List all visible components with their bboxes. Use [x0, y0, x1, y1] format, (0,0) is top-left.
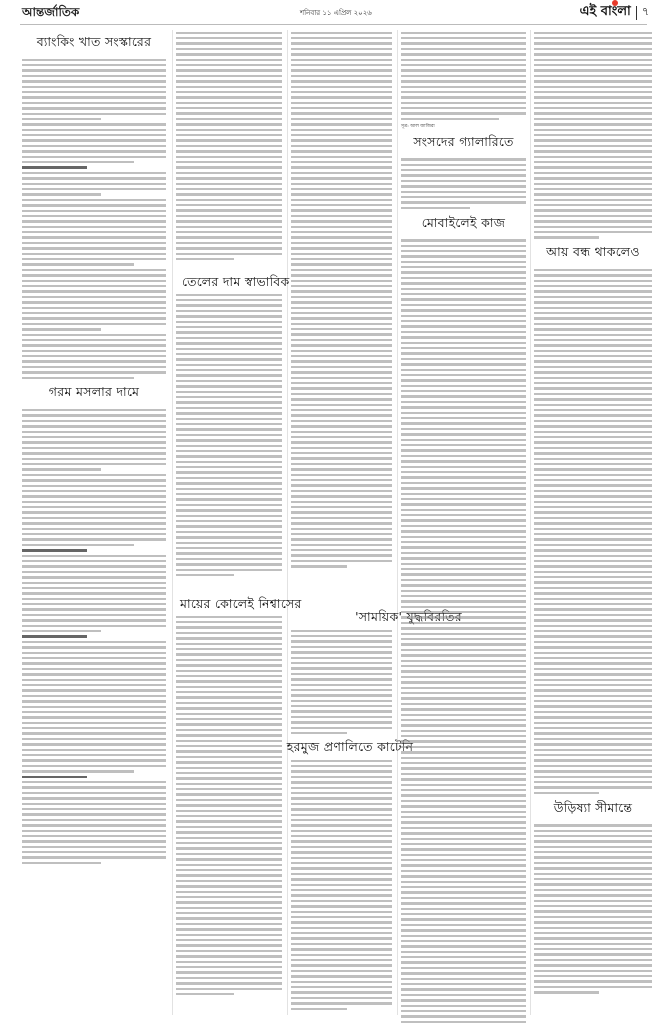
issue-date: শনিবার ১১ এপ্রিল ২০২৬ — [300, 7, 372, 19]
column-5: আয় বন্ধ থাকলেও উড়িষ্যা সীমান্তে — [534, 30, 652, 995]
headline-odisha: উড়িষ্যা সীমান্তে — [534, 800, 652, 820]
brand: এই বাংলা ৭ — [580, 2, 649, 23]
hormuz-body — [291, 758, 392, 1011]
sun-dot-icon — [612, 0, 618, 6]
headline-banking: ব্যাংকিং খাত সংস্কারের — [22, 34, 166, 54]
column-4: সূত্র: আল জাজিরা সংসদের গ্যালারিতে মোবাই… — [401, 30, 526, 1024]
article-body-ceasefire — [291, 628, 392, 736]
article-body-col3-top — [291, 30, 392, 569]
top-rule — [20, 24, 647, 25]
column-divider — [172, 30, 173, 1015]
article-body-odisha — [534, 823, 652, 996]
masthead: আন্তর্জাতিক শনিবার ১১ এপ্রিল ২০২৬ এই বাং… — [0, 0, 667, 22]
article-body-mobile — [401, 238, 526, 1024]
page-number: ৭ — [642, 3, 649, 22]
article-body-spice — [22, 407, 166, 865]
headline-mobile: মোবাইলেই কাজ — [401, 215, 526, 235]
ceasefire-body — [291, 628, 392, 736]
article-body-parliament — [401, 157, 526, 211]
headline-income: আয় বন্ধ থাকলেও — [534, 244, 652, 264]
brand-logo: এই বাংলা — [580, 2, 631, 23]
source-credit: সূত্র: আল জাজিরা — [401, 123, 526, 130]
article-body-banking-cont — [176, 30, 282, 262]
article-body-mother — [176, 614, 282, 997]
brand-name: এই বাংলা — [580, 4, 631, 19]
column-divider — [397, 30, 398, 1015]
headline-parliament: সংসদের গ্যালারিতে — [401, 134, 526, 154]
column-3 — [291, 30, 392, 569]
article-body-banking — [22, 57, 166, 380]
brand-separator — [636, 6, 637, 20]
column-divider — [530, 30, 531, 1015]
section-name: আন্তর্জাতিক — [22, 4, 79, 24]
article-body-col4-top — [401, 30, 526, 122]
article-body-hormuz — [291, 758, 392, 1011]
column-2 — [176, 30, 282, 262]
column-1: ব্যাংকিং খাত সংস্কারের গরম মসলার দামে — [22, 30, 166, 866]
column-2-lower — [176, 292, 282, 578]
headline-spice: গরম মসলার দামে — [22, 384, 166, 404]
column-2-bottom — [176, 614, 282, 997]
article-body-oil — [176, 292, 282, 578]
column-divider — [287, 30, 288, 1015]
article-body-income — [534, 267, 652, 795]
article-body-col5-top — [534, 30, 652, 240]
